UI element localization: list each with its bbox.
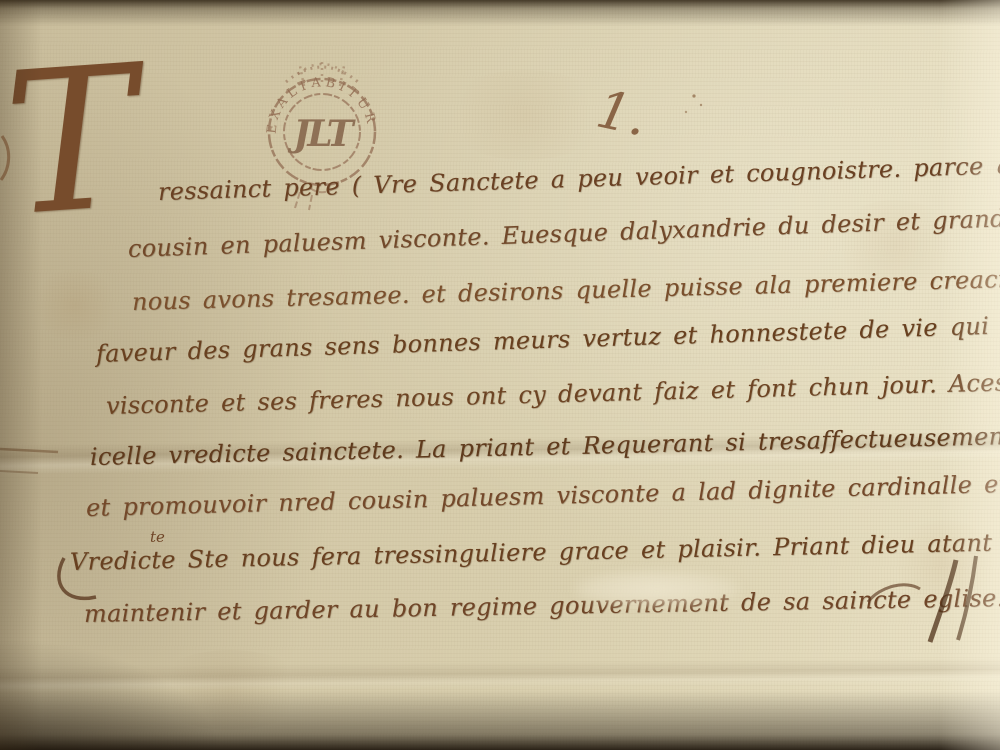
manuscript-photo: T 1. te EXALTABITUR JLT ressainct pere (…: [0, 0, 1000, 750]
photo-edge-highlight-right: [0, 0, 1000, 750]
page: { "initial": "T", "annotation_mark": "1.…: [0, 0, 1000, 750]
